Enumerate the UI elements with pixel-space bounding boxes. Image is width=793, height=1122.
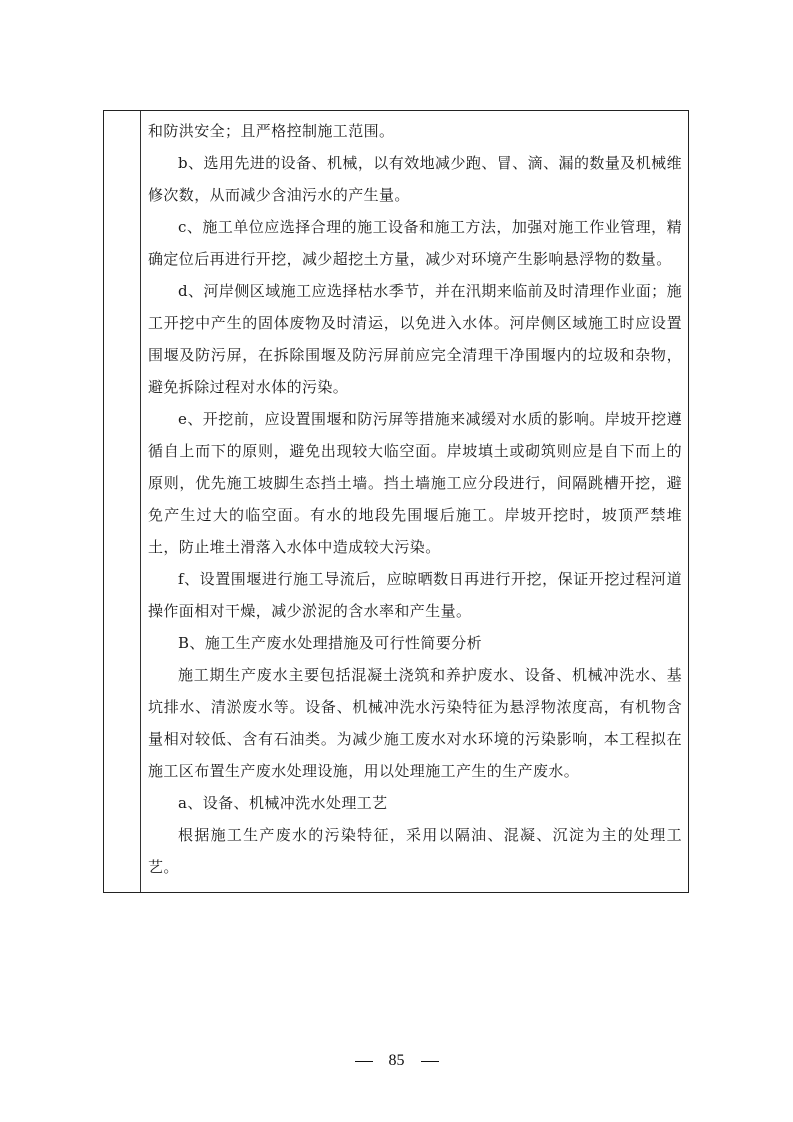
paragraph-wastewater-overview: 施工期生产废水主要包括混凝土浇筑和养护废水、设备、机械冲洗水、基坑排水、清淤废水…: [148, 659, 682, 787]
section-heading-b: B、施工生产废水处理措施及可行性简要分析: [148, 627, 682, 659]
paragraph-item-f: f、设置围堰进行施工导流后，应晾晒数日再进行开挖，保证开挖过程河道操作面相对干燥…: [148, 563, 682, 627]
paragraph-treatment-process: 根据施工生产废水的污染特征，采用以隔油、混凝、沉淀为主的处理工艺。: [148, 819, 682, 883]
table-content-cell: 和防洪安全；且严格控制施工范围。 b、选用先进的设备、机械，以有效地减少跑、冒、…: [148, 115, 682, 883]
page-number: 85: [389, 1052, 405, 1069]
footer-dash-left: [355, 1061, 373, 1062]
paragraph-item-c: c、施工单位应选择合理的施工设备和施工方法，加强对施工作业管理，精确定位后再进行…: [148, 211, 682, 275]
paragraph-item-b: b、选用先进的设备、机械，以有效地减少跑、冒、滴、漏的数量及机械维修次数，从而减…: [148, 147, 682, 211]
subheading-item-a: a、设备、机械冲洗水处理工艺: [148, 787, 682, 819]
paragraph-item-d: d、河岸侧区域施工应选择枯水季节，并在汛期来临前及时清理作业面；施工开挖中产生的…: [148, 275, 682, 403]
paragraph-item-e: e、开挖前，应设置围堰和防污屏等措施来减缓对水质的影响。岸坡开挖遵循自上而下的原…: [148, 403, 682, 563]
content-table: 和防洪安全；且严格控制施工范围。 b、选用先进的设备、机械，以有效地减少跑、冒、…: [103, 110, 689, 893]
table-left-column: [104, 111, 141, 892]
footer-dash-right: [421, 1061, 439, 1062]
page-footer: 85: [0, 1052, 793, 1070]
paragraph-continuation: 和防洪安全；且严格控制施工范围。: [148, 115, 682, 147]
